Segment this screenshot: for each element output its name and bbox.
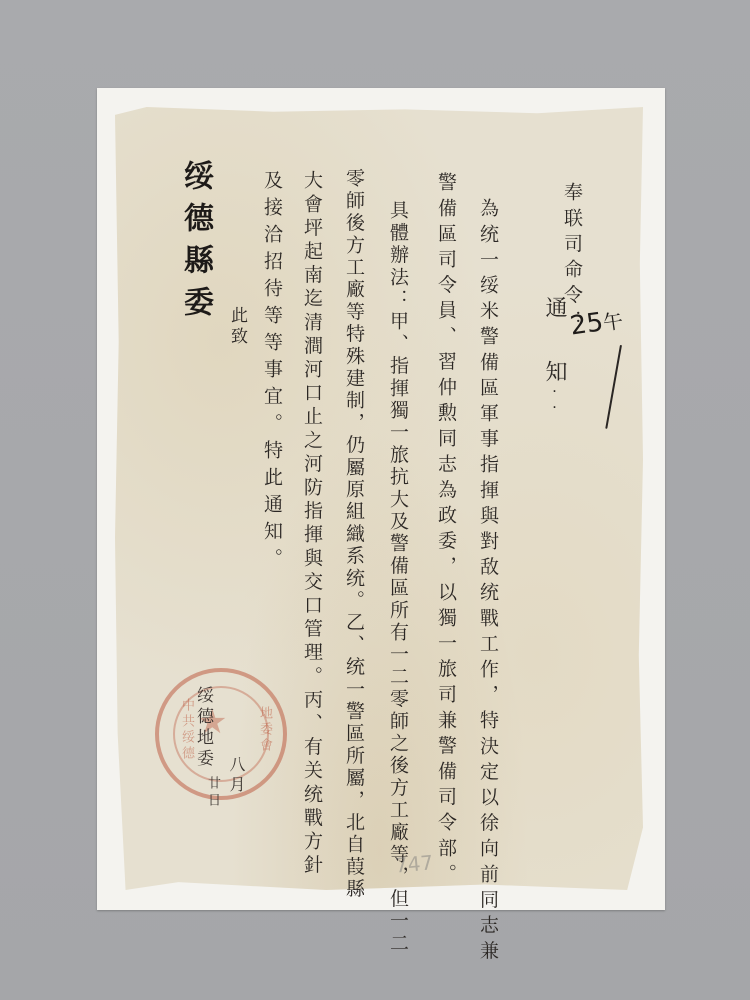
annotation-number: 25 xyxy=(568,307,605,341)
pencil-archive-mark: 747 xyxy=(394,850,434,877)
signature-day: 廿日 xyxy=(206,776,219,810)
body-column-2: 警備區司令員、習仲勲同志為政委，以獨一旅司兼警備司令部。 xyxy=(436,172,455,889)
body-column-1: 為统一绥米警備區軍事指揮與對敌统戰工作，特決定以徐向前同志兼 xyxy=(478,198,497,966)
document-photo-stage: 奉联司命令： 通 知 ・・・ 25午 為统一绥米警備區軍事指揮與對敌统戰工作，特… xyxy=(0,0,750,1000)
notice-ellipsis: ・・・ xyxy=(547,370,557,418)
annotation-suffix: 午 xyxy=(601,308,624,335)
body-column-5: 大會坪起南迄清澗河口止之河防指揮與交口管理。丙、有关统戰方針 xyxy=(302,170,321,878)
signature-issuer: 绥德地委 xyxy=(194,686,211,770)
body-column-6: 及接洽招待等等事宜。特此通知。 xyxy=(262,170,281,575)
body-column-4: 零師後方工廠等特殊建制，仍屬原組織系统。乙、统一警區所屬，北自葭縣 xyxy=(344,168,363,901)
seal-text-right: 地委會 xyxy=(255,706,274,754)
signature-month: 八月 xyxy=(228,756,244,796)
closing-salutation: 此致 xyxy=(228,306,245,348)
body-column-3: 具體辦法：甲、指揮獨一旅抗大及警備區所有一二零師之後方工廠等，但一二 xyxy=(388,200,407,955)
red-official-seal: ★ 中共绥德 地委會 xyxy=(155,668,287,800)
handwritten-addressee: 绥德縣委 xyxy=(180,160,210,328)
